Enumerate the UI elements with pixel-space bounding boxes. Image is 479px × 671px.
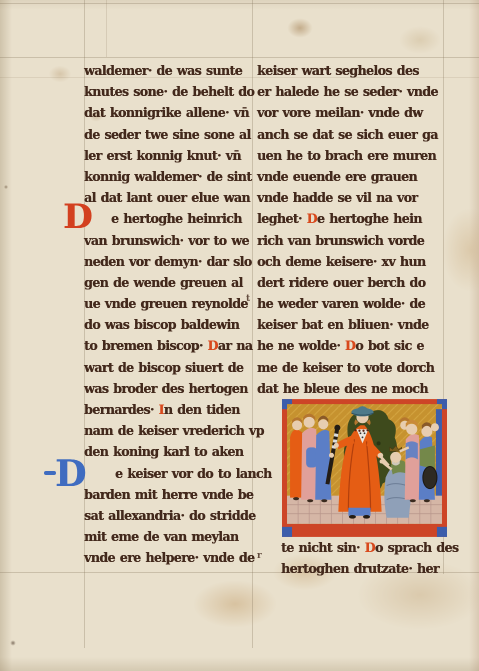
rubricated-capital: D	[365, 540, 375, 555]
text-line: he weder varen wolde· de	[257, 293, 443, 314]
text-run: wart de biscop siuert de	[84, 360, 243, 375]
text-run: ler erst konnig knut· vn̄	[84, 148, 241, 163]
text-run: er halede he se seder· vnde	[257, 84, 438, 99]
text-line: ler erst konnig knut· vn̄	[84, 145, 252, 166]
text-line: me de keiser to vote dorch	[257, 357, 443, 378]
text-line: e keiser vor do to lanch	[84, 463, 252, 484]
text-run: keiser wart seghelos des	[257, 63, 419, 78]
text-line: dat konnigrike allene· vn̄	[84, 102, 252, 123]
text-run: do was biscop baldewin	[84, 317, 239, 332]
initial-letter: D	[55, 453, 86, 495]
text-column-left: waldemer· de was sunteknutes sone· de be…	[84, 60, 252, 569]
text-run: neden vor demyn· dar slo	[84, 254, 252, 269]
text-run: dat he bleue des ne moch	[257, 381, 428, 396]
text-run: he ne wolde·	[257, 338, 345, 353]
text-line: de seder twe sine sone al	[84, 124, 252, 145]
text-line: he ne wolde· Do bot sic e	[257, 335, 443, 356]
frame-corner	[282, 527, 292, 537]
text-line: vnde ere helpere· vnde de	[84, 547, 252, 568]
text-line: nam de keiser vrederich vp	[84, 420, 252, 441]
text-line: van brunswich· vor to we	[84, 230, 252, 251]
rubricated-capital: D	[307, 211, 317, 226]
text-line: waldemer· de was sunte	[84, 60, 252, 81]
text-line: dat he bleue des ne moch	[257, 378, 443, 399]
text-run: vnde hadde se vil na vor	[257, 190, 417, 205]
text-run: e keiser vor do to lanch	[115, 466, 272, 481]
text-line: neden vor demyn· dar slo	[84, 251, 252, 272]
text-line: dert ridere ouer berch do	[257, 272, 443, 293]
text-line: knutes sone· de behelt do	[84, 81, 252, 102]
text-run: e hertoghe hein	[317, 211, 422, 226]
text-line: er halede he se seder· vnde	[257, 81, 443, 102]
text-line: mit eme de van meylan	[84, 526, 252, 547]
frame-corner	[437, 527, 447, 537]
text-run: och deme keisere· xv hun	[257, 254, 425, 269]
rubricated-capital: D	[207, 338, 217, 353]
text-line: wart de biscop siuert de	[84, 357, 252, 378]
text-run: al dat lant ouer elue wan	[84, 190, 250, 205]
text-line: och deme keisere· xv hun	[257, 251, 443, 272]
text-run: uen he to brach ere muren	[257, 148, 436, 163]
text-run: leghet·	[257, 211, 307, 226]
text-run: e hertoghe heinrich	[111, 211, 242, 226]
foliage-dot	[377, 441, 381, 445]
ruling-line-vertical	[106, 0, 107, 57]
text-run: vor vore meilan· vnde dw	[257, 105, 422, 120]
initial-d-blue: D	[55, 456, 86, 492]
text-line: e hertoghe heinrich	[84, 208, 252, 229]
miniature	[282, 399, 447, 537]
text-line: rich van brunswich vorde	[257, 230, 443, 251]
text-line: uen he to brach ere muren	[257, 145, 443, 166]
text-run: dert ridere ouer berch do	[257, 275, 425, 290]
text-run: keiser bat en bliuen· vnde	[257, 317, 429, 332]
marginal-mark: t	[246, 294, 250, 304]
text-run: ue vnde greuen reynolde	[84, 296, 248, 311]
marginal-mark: r	[257, 551, 262, 561]
text-run: sat allexandria· do stridde	[84, 508, 256, 523]
text-run: waldemer· de was sunte	[84, 63, 242, 78]
initial-flourish	[44, 471, 56, 475]
text-run: o bot sic e	[355, 338, 424, 353]
text-line: keiser bat en bliuen· vnde	[257, 314, 443, 335]
initial-d-red: D	[63, 200, 92, 234]
text-line: anch se dat se sich euer ga	[257, 124, 443, 145]
courtiers-group	[290, 414, 331, 503]
text-line: hertoghen drutzate· her	[281, 558, 447, 579]
manuscript-page: waldemer· de was sunteknutes sone· de be…	[0, 0, 479, 671]
text-line: bernardes· In den tiden	[84, 399, 252, 420]
text-run: nam de keiser vrederich vp	[84, 423, 264, 438]
text-line: den koning karl to aken	[84, 441, 252, 462]
text-run: to bremen biscop·	[84, 338, 207, 353]
text-line: ue vnde greuen reynolde	[84, 293, 252, 314]
text-run: vnde euende ere grauen	[257, 169, 417, 184]
text-line: vor vore meilan· vnde dw	[257, 102, 443, 123]
text-line: al dat lant ouer elue wan	[84, 187, 252, 208]
text-run: den koning karl to aken	[84, 444, 243, 459]
text-line: barden mit herre vnde be	[84, 484, 252, 505]
text-run: vnde ere helpere· vnde de	[84, 550, 254, 565]
text-line: gen de wende greuen al	[84, 272, 252, 293]
text-line: te nicht sin· Do sprach des	[281, 537, 447, 558]
text-run: knutes sone· de behelt do	[84, 84, 254, 99]
shield-icon	[423, 466, 437, 488]
text-run: ar na	[218, 338, 253, 353]
text-run: barden mit herre vnde be	[84, 487, 253, 502]
text-line: was broder des hertogen	[84, 378, 252, 399]
text-run: bernardes·	[84, 402, 158, 417]
text-line: konnig waldemer· de sint	[84, 166, 252, 187]
text-run: konnig waldemer· de sint	[84, 169, 251, 184]
text-run: was broder des hertogen	[84, 381, 248, 396]
text-line: do was biscop baldewin	[84, 314, 252, 335]
text-run: he weder varen wolde· de	[257, 296, 425, 311]
text-line: leghet· De hertoghe hein	[257, 208, 443, 229]
text-run: o sprach des	[375, 540, 458, 555]
text-line: to bremen biscop· Dar na	[84, 335, 252, 356]
frame-blue-bar	[436, 409, 442, 502]
text-run: mit eme de van meylan	[84, 529, 238, 544]
text-run: anch se dat se sich euer ga	[257, 127, 438, 142]
text-run: me de keiser to vote dorch	[257, 360, 434, 375]
ruling-line-horizontal	[0, 57, 479, 58]
text-line: keiser wart seghelos des	[257, 60, 443, 81]
text-line: vnde hadde se vil na vor	[257, 187, 443, 208]
rubricated-capital: D	[345, 338, 355, 353]
ruling-line-horizontal	[0, 3, 479, 4]
text-run: gen de wende greuen al	[84, 275, 243, 290]
text-run: rich van brunswich vorde	[257, 233, 424, 248]
text-run: n den tiden	[164, 402, 240, 417]
text-run: de seder twe sine sone al	[84, 127, 251, 142]
text-column-right: keiser wart seghelos deser halede he se …	[257, 60, 443, 399]
text-run: van brunswich· vor to we	[84, 233, 249, 248]
text-line: vnde euende ere grauen	[257, 166, 443, 187]
text-run: te nicht sin·	[281, 540, 365, 555]
text-line: sat allexandria· do stridde	[84, 505, 252, 526]
text-run: hertoghen drutzate· her	[281, 561, 439, 576]
text-column-right-below-miniature: te nicht sin· Do sprach deshertoghen dru…	[281, 537, 447, 579]
text-run: dat konnigrike allene· vn̄	[84, 105, 249, 120]
